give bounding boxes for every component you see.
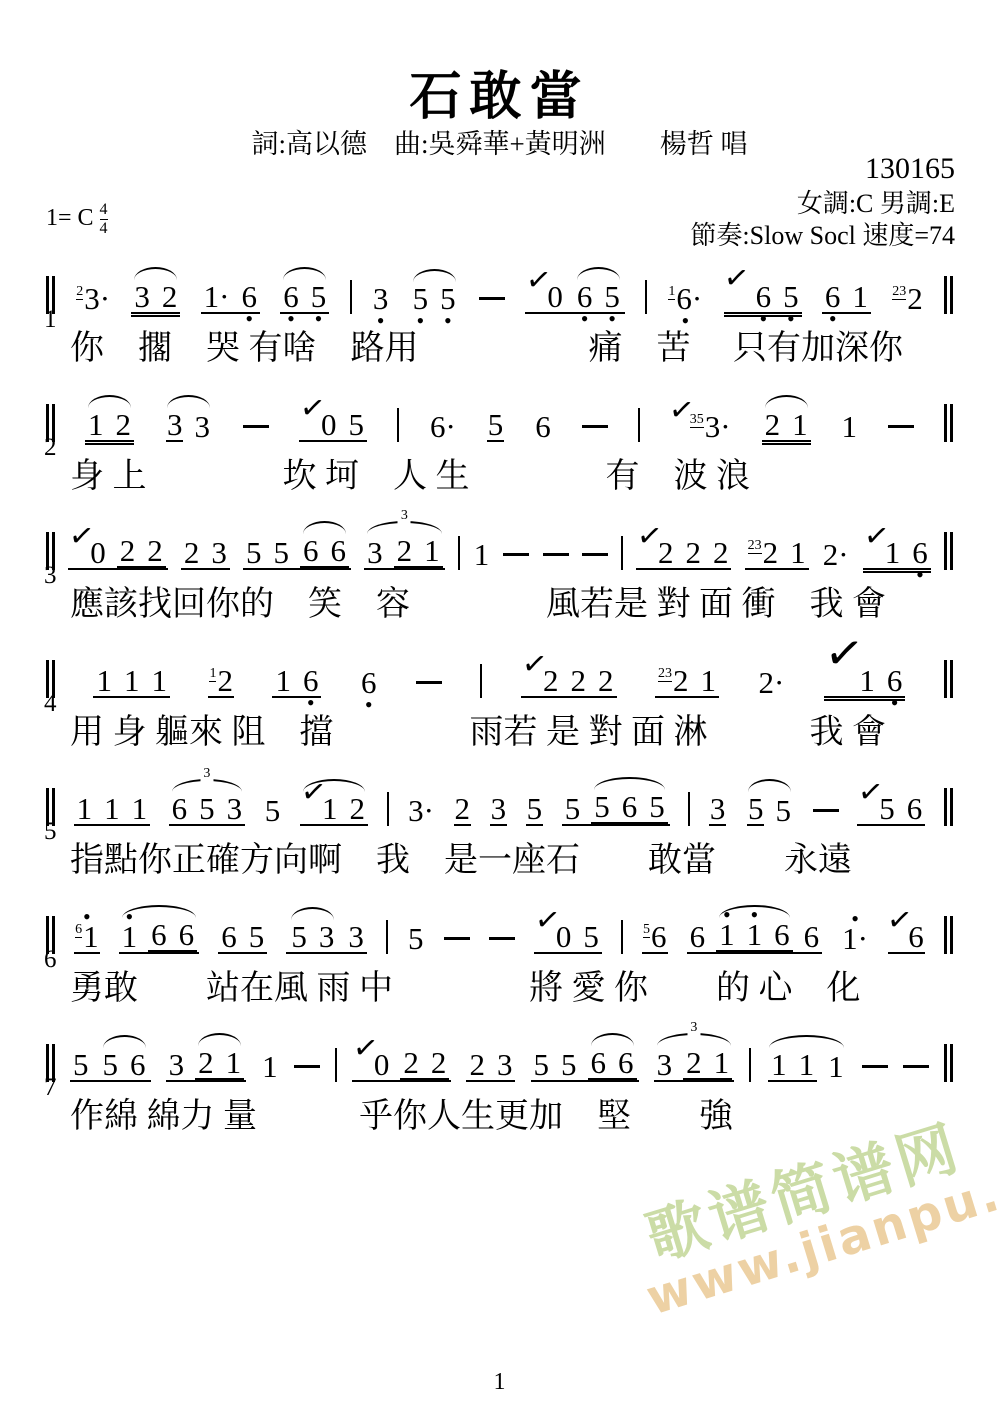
note-group: 21 <box>683 1047 732 1080</box>
music-line: 123·321·6•6•5•3•5•5•✓06•5•16·•✓6•5•6•123… <box>42 246 957 370</box>
note: 2 <box>712 537 730 568</box>
note: 5• <box>782 281 800 312</box>
note-digit: 6· <box>676 283 702 314</box>
note: 6• <box>576 281 594 312</box>
note: 6• <box>755 281 773 312</box>
note-group: 33 <box>164 409 213 442</box>
note-digit: 6 <box>591 1047 607 1078</box>
note: 3 <box>133 281 151 312</box>
note-digit: 5 <box>249 921 265 952</box>
note: 1 <box>225 1047 243 1078</box>
lyrics-row: 指點你正確方向啊 我 是一座石 敢當 永遠 <box>42 840 957 882</box>
barline <box>335 1048 337 1082</box>
key-signature: 1= C44 <box>46 202 108 237</box>
note-digit: 1· <box>204 281 230 312</box>
note: 2 <box>146 535 164 566</box>
note: 6 <box>773 919 791 950</box>
note-group: 111 <box>93 665 170 698</box>
note-digit: 2 <box>431 1047 447 1078</box>
note: 1 <box>274 665 292 696</box>
note-group: 5565 <box>562 791 670 826</box>
note: 3 <box>366 537 384 568</box>
note-digit: 1 <box>88 409 104 440</box>
song-id: 130165 <box>690 150 955 188</box>
barline <box>350 280 352 314</box>
note: 5 <box>593 791 611 822</box>
note-digit: 3 <box>211 537 227 568</box>
note: 1 <box>791 409 809 440</box>
note: 3 <box>226 793 244 824</box>
note: 1 <box>423 535 441 566</box>
octave-dot-high: • <box>83 906 91 928</box>
note-group: 21 <box>394 535 443 568</box>
note-digit: 3 <box>169 1049 185 1080</box>
note: 1 <box>131 793 149 824</box>
note: 5 <box>290 921 308 952</box>
note-digit: 1 <box>828 1051 844 1082</box>
note: ✓0 <box>536 921 573 952</box>
breath-check-mark: ✓ <box>862 520 891 553</box>
note: ✓1 <box>302 793 339 824</box>
note: 6· <box>429 411 457 442</box>
note-digit: 2 <box>115 409 131 440</box>
note: 5 <box>272 537 290 568</box>
note-digit: 5 <box>199 793 215 824</box>
note: 2 <box>685 1047 703 1078</box>
note-group: ✓12 <box>300 793 368 826</box>
time-signature: 44 <box>100 202 108 237</box>
note: 5• <box>310 281 328 312</box>
music-line: 21233✓056·56✓353·211身 上 坎 坷 人 生 有 波 浪 <box>42 374 957 498</box>
note-digit: 6 <box>130 1049 146 1080</box>
grace-note: 6 <box>75 923 82 938</box>
notes-row: ✓02223556633211✓22223212·✓16• <box>42 502 957 584</box>
note: 2 <box>402 1047 420 1078</box>
note-group: 66 <box>300 535 349 568</box>
note: 3 <box>166 409 184 442</box>
note: 5 <box>533 1049 551 1080</box>
note: 1 <box>87 409 105 440</box>
note: 6• <box>360 667 378 698</box>
note-group: 66 <box>588 1047 637 1080</box>
barline <box>645 280 647 314</box>
note: 6 <box>689 921 707 952</box>
triplet-number: 3 <box>687 1020 700 1036</box>
octave-dot-high: • <box>723 904 731 926</box>
note: 5• <box>603 281 621 312</box>
octave-dot-low: • <box>287 308 295 330</box>
note-group: 11 <box>768 1049 817 1082</box>
note-digit: 6 <box>221 921 237 952</box>
note-group: 1·6• <box>201 281 260 314</box>
note-digit: 5 <box>748 793 764 824</box>
note: 6 <box>534 411 552 442</box>
note-group: 2321 <box>655 665 719 698</box>
note-group: 111 <box>766 1049 847 1082</box>
note-digit: 3 <box>319 921 335 952</box>
note: 6 <box>803 921 821 952</box>
double-barline <box>46 916 55 954</box>
note: 1 <box>103 793 121 824</box>
note-group: 6•1 <box>822 281 871 314</box>
note-digit: 6 <box>622 791 638 822</box>
note-digit: 6· <box>430 411 456 442</box>
note-digit: 2 <box>120 535 136 566</box>
note-digit: 6 <box>172 793 188 824</box>
note-group: 321 <box>166 1047 247 1082</box>
note: ✓2 <box>523 665 560 696</box>
breath-check-mark: ✓ <box>524 264 553 297</box>
note-group: 53 <box>288 921 337 952</box>
note: 2 <box>684 537 702 568</box>
note-digit: 1 <box>474 539 490 570</box>
note: 6 <box>171 793 189 824</box>
note: ✓6 <box>888 921 925 954</box>
note: 2 <box>454 793 472 826</box>
grace-note: 23 <box>748 539 762 554</box>
note-digit: 3 <box>227 793 243 824</box>
note-group: 5566 <box>243 535 351 570</box>
grace-note: 1 <box>668 285 675 300</box>
note-group: ✓05 <box>299 409 367 442</box>
note-digit: 1 <box>842 411 858 442</box>
breath-check-mark: ✓ <box>351 1032 380 1065</box>
key-info: 女調:C 男調:E <box>690 188 955 221</box>
grace-note: 23 <box>892 285 906 300</box>
note-digit: 2 <box>217 665 233 696</box>
note-group: 6•5• <box>280 281 329 314</box>
note: 12 <box>208 665 234 698</box>
page-number: 1 <box>0 1369 999 1396</box>
note-group: ✓05 <box>534 921 602 954</box>
octave-dot-low: • <box>245 308 253 330</box>
note-digit: 3 <box>134 281 150 312</box>
note: 1 <box>827 1051 845 1082</box>
note-group: 6•5• <box>574 281 623 312</box>
note-group: 56 <box>100 1049 149 1080</box>
double-barline <box>944 532 953 570</box>
note-digit: 2 <box>403 1047 419 1078</box>
double-barline <box>46 276 55 314</box>
note: 1 <box>261 1051 279 1082</box>
note: 2· <box>822 539 850 570</box>
rest-dash <box>582 412 608 442</box>
note: 5 <box>774 795 792 826</box>
note-digit: 2 <box>713 537 729 568</box>
note: 6 <box>329 535 347 566</box>
octave-dot-low: • <box>365 694 373 716</box>
note-group: ✓6•5• <box>724 277 802 314</box>
note: 1 <box>473 539 491 570</box>
note: 3 <box>210 537 228 568</box>
note-digit: 3 <box>491 793 507 824</box>
breath-check-mark: ✓ <box>721 259 751 297</box>
note-group: 5•5• <box>410 283 459 314</box>
rest-dash <box>416 668 442 698</box>
note-digit: 1 <box>262 1051 278 1082</box>
breath-check-mark: ✓ <box>299 776 328 809</box>
score: 123·321·6•6•5•3•5•5•✓06•5•16·•✓6•5•6•123… <box>42 246 957 1142</box>
note-digit: 2 <box>673 665 689 696</box>
note: 1 <box>123 665 141 696</box>
note-digit: 3· <box>408 795 434 826</box>
note: 16·• <box>667 283 703 314</box>
note-group: 3653 <box>169 793 246 826</box>
note: 1• <box>121 921 139 952</box>
rest-dash <box>888 412 914 442</box>
note: 2 <box>348 793 366 824</box>
note: 6 <box>617 1047 635 1078</box>
note-digit: 1 <box>771 1049 787 1080</box>
note-digit: 6 <box>179 919 195 950</box>
note-group: 65 <box>218 921 267 954</box>
note-group: 61•1•66 <box>687 919 823 954</box>
barline <box>386 920 388 954</box>
notes-row: 1233✓056·56✓353·211 <box>42 374 957 456</box>
note-digit: 6 <box>330 535 346 566</box>
octave-dot-high: • <box>126 906 134 928</box>
note: 6 <box>129 1049 147 1080</box>
grace-note: 1 <box>209 667 216 682</box>
barline <box>749 1048 751 1082</box>
note: ✓5 <box>859 793 896 824</box>
note-digit: 3 <box>710 793 726 824</box>
note: 5 <box>264 795 282 826</box>
note: 5 <box>245 537 263 568</box>
barline <box>480 664 482 698</box>
barline <box>638 408 640 442</box>
note-group: ✓022 <box>68 535 168 570</box>
note: 6• <box>282 281 300 312</box>
note-digit: 5 <box>349 409 365 440</box>
note: 1 <box>841 411 859 442</box>
note: 6 <box>621 791 639 822</box>
music-line: 75563211✓0222355663321111作綿 綿力 量 乎你人生更加 … <box>42 1014 957 1138</box>
note: 2 <box>570 665 588 696</box>
rest-dash <box>862 1052 888 1082</box>
note: 1 <box>700 665 718 696</box>
note-digit: 2 <box>469 1049 485 1080</box>
time-signature-top: 4 <box>100 202 108 218</box>
note: ✓0 <box>70 537 107 568</box>
note: 6• <box>824 281 842 312</box>
music-line: 3✓02223556633211✓22223212·✓16•應該找回你的 笑 容… <box>42 502 957 626</box>
page-title: 石敢當 <box>0 54 999 129</box>
double-barline <box>944 276 953 314</box>
note: 23· <box>75 283 111 314</box>
note: 1 <box>770 1049 788 1080</box>
note-digit: 1 <box>714 1047 730 1078</box>
note-digit: 3· <box>705 411 731 442</box>
note: 6• <box>886 665 904 696</box>
note: 2 <box>430 1047 448 1078</box>
note-digit: 6 <box>690 921 706 952</box>
note: 2 <box>396 535 414 566</box>
note-digit: 5 <box>103 1049 119 1080</box>
note: 1• <box>746 919 764 950</box>
note: 1·• <box>841 923 869 954</box>
octave-dot-low: • <box>760 308 768 330</box>
note: ✓0 <box>527 281 564 312</box>
note: 5 <box>564 793 582 824</box>
note: 6 <box>178 919 196 950</box>
note: 2 <box>119 535 137 566</box>
note: 6 <box>220 921 238 952</box>
note-digit: 2 <box>455 793 471 824</box>
note-digit: 6 <box>804 921 820 952</box>
note-digit: 3 <box>657 1049 673 1080</box>
note: 2 <box>114 409 132 440</box>
lyrics-row: 勇敢 站在風 雨 中 將 愛 你 的 心 化 <box>42 968 957 1010</box>
breath-check-mark: ✓ <box>298 392 327 425</box>
note-digit: 1 <box>790 537 806 568</box>
lyrics-row: 應該找回你的 笑 容 風若是 對 面 衝 我 會 <box>42 584 957 626</box>
note-group: 32 <box>131 281 180 314</box>
note-digit: 5 <box>246 537 262 568</box>
note: 3 <box>347 921 365 952</box>
note-digit: 1 <box>77 793 93 824</box>
double-barline <box>46 1044 55 1082</box>
note-group: 22 <box>117 535 166 568</box>
barline <box>621 920 623 954</box>
note-group: 23 <box>466 1049 515 1082</box>
rest-dash <box>444 924 470 954</box>
note-digit: 5 <box>273 537 289 568</box>
breath-check-mark: ✓ <box>533 904 562 937</box>
note: 5 <box>747 793 765 826</box>
note-group: ✓56 <box>857 793 925 826</box>
breath-check-mark: ✓ <box>520 648 549 681</box>
double-barline <box>46 660 55 698</box>
note: 6 <box>906 793 924 824</box>
note: ✓353· <box>670 411 732 442</box>
note-digit: 5 <box>649 791 665 822</box>
note-group: 21 <box>195 1047 244 1080</box>
note-digit: 5 <box>488 409 504 440</box>
rest-dash <box>503 540 529 570</box>
rest-dash <box>903 1052 929 1082</box>
note: ✓0 <box>354 1049 391 1080</box>
note: 2 <box>197 1047 215 1078</box>
note: 6• <box>302 665 320 696</box>
note: 56 <box>642 921 668 954</box>
time-signature-bottom: 4 <box>100 221 108 237</box>
note: 1 <box>798 1049 816 1080</box>
barline <box>397 408 399 442</box>
note: 3 <box>193 411 211 442</box>
note-group: 111 <box>74 793 151 826</box>
note-group: 21 <box>762 409 811 442</box>
barline <box>621 536 623 570</box>
octave-dot-low: • <box>891 692 899 714</box>
note: ✓1 <box>826 650 876 696</box>
note-digit: 6 <box>151 919 167 950</box>
note-digit: 1 <box>792 409 808 440</box>
octave-dot-low: • <box>444 310 452 332</box>
triplet-number: 3 <box>398 508 411 524</box>
note-digit: 3 <box>348 921 364 952</box>
note: 1 <box>851 281 869 312</box>
note-digit: 2 <box>162 281 178 312</box>
note: 5 <box>72 1049 90 1080</box>
note-group: 16• <box>272 665 321 698</box>
note: 2· <box>758 667 786 698</box>
note-group: 66 <box>148 919 197 952</box>
note-group: 1•66 <box>119 919 200 954</box>
note: 2 <box>183 537 201 568</box>
note-group: ✓16• <box>863 537 931 570</box>
note: 1 <box>76 793 94 824</box>
note-digit: 2 <box>349 793 365 824</box>
note-digit: 2 <box>198 1047 214 1078</box>
octave-dot-low: • <box>417 310 425 332</box>
note: 2 <box>764 409 782 440</box>
note-digit: 2 <box>763 537 779 568</box>
note: 1 <box>713 1047 731 1078</box>
note-digit: 3 <box>194 411 210 442</box>
note-group: ✓16• <box>824 650 906 698</box>
note-digit: 1 <box>859 665 875 696</box>
rest-dash <box>489 924 515 954</box>
double-barline <box>944 404 953 442</box>
note-digit: 3 <box>497 1049 513 1080</box>
note: 6• <box>241 281 259 312</box>
breath-check-mark: ✓ <box>885 904 914 937</box>
note-digit: 1 <box>701 665 717 696</box>
note-digit: 1 <box>799 1049 815 1080</box>
barline <box>458 536 460 570</box>
note-digit: 5 <box>775 795 791 826</box>
note: 1 <box>789 537 807 568</box>
note: 3 <box>709 793 727 826</box>
note-digit: 3 <box>367 537 383 568</box>
note-digit: 3· <box>84 283 110 314</box>
note: ✓1 <box>865 537 902 568</box>
note: 3· <box>407 795 435 826</box>
note: 2 <box>468 1049 486 1080</box>
note: 5 <box>560 1049 578 1080</box>
note-digit: 5 <box>265 795 281 826</box>
note-group: 2321 <box>745 537 809 570</box>
double-barline <box>944 788 953 826</box>
grace-note: 5 <box>643 923 650 938</box>
note-digit: 5 <box>527 793 543 824</box>
note: 232 <box>657 665 690 696</box>
note: 6 <box>150 919 168 950</box>
note-digit: 2 <box>685 537 701 568</box>
note-group: ✓06•5• <box>525 281 625 314</box>
note-digit: 5 <box>73 1049 89 1080</box>
triplet-number: 3 <box>200 766 213 782</box>
key-signature-text: 1= C <box>46 205 94 231</box>
double-barline <box>46 404 55 442</box>
notes-row: 61•1•66655335✓055661•1•661·•✓6 <box>42 886 957 968</box>
lyrics-row: 你 擱 哭 有啥 路用 痛 苦 只有加深你 <box>42 328 957 370</box>
note: 5• <box>439 283 457 314</box>
note-digit: 2 <box>571 665 587 696</box>
note-digit: 5 <box>594 791 610 822</box>
note: 1 <box>150 665 168 696</box>
notes-row: 5563211✓0222355663321111 <box>42 1014 957 1096</box>
note: 232 <box>747 537 780 568</box>
note: 3 <box>496 1049 514 1080</box>
note-digit: 6 <box>907 793 923 824</box>
octave-dot-low: • <box>315 308 323 330</box>
note: 1· <box>203 281 231 312</box>
note-group: 565 <box>591 791 668 824</box>
note-group: 1•1•6 <box>716 919 793 952</box>
note-digit: 2 <box>907 283 923 314</box>
